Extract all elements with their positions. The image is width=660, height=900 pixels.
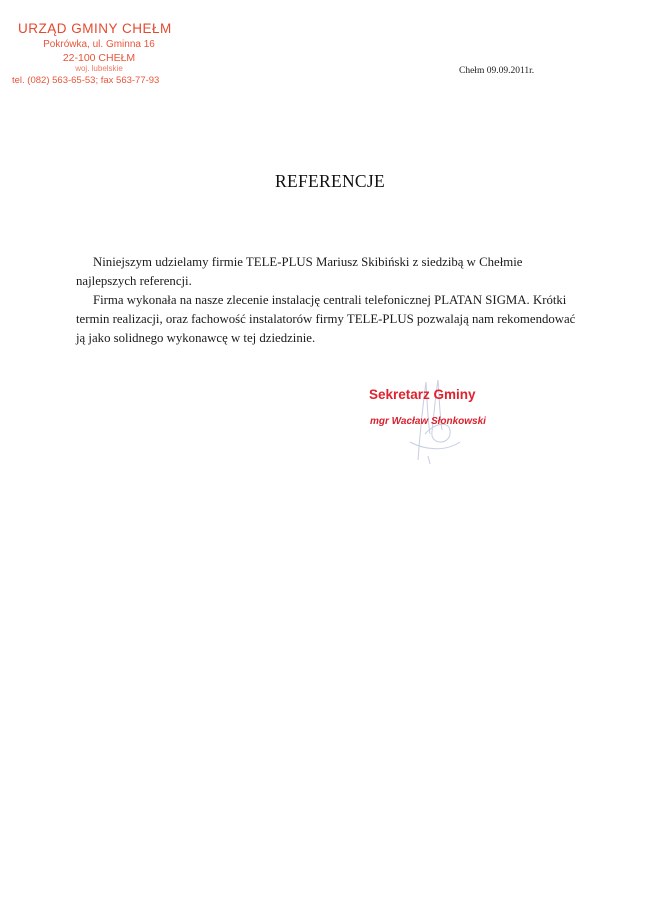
- document-date: Chełm 09.09.2011r.: [459, 66, 534, 76]
- stamp-organization: URZĄD GMINY CHEŁM: [18, 22, 172, 36]
- signature-name: mgr Wacław Słonkowski: [370, 416, 486, 427]
- paragraph: Firma wykonała na nasze zlecenie instala…: [76, 291, 576, 348]
- signature-block: Sekretarz Gminy mgr Wacław Słonkowski: [360, 372, 500, 472]
- stamp-address-city: 22-100 CHEŁM: [26, 53, 172, 64]
- stamp-phone: tel. (082) 563-65-53; fax 563-77-93: [12, 76, 172, 86]
- document-body: Niniejszym udzielamy firmie TELE-PLUS Ma…: [76, 253, 576, 348]
- stamp-address-street: Pokrówka, ul. Gminna 16: [26, 40, 172, 50]
- stamp-region: woj. lubelskie: [26, 65, 172, 73]
- paragraph: Niniejszym udzielamy firmie TELE-PLUS Ma…: [76, 253, 576, 291]
- document-title: REFERENCJE: [0, 171, 660, 192]
- office-stamp: URZĄD GMINY CHEŁM Pokrówka, ul. Gminna 1…: [12, 22, 172, 86]
- signature-title: Sekretarz Gminy: [369, 387, 476, 402]
